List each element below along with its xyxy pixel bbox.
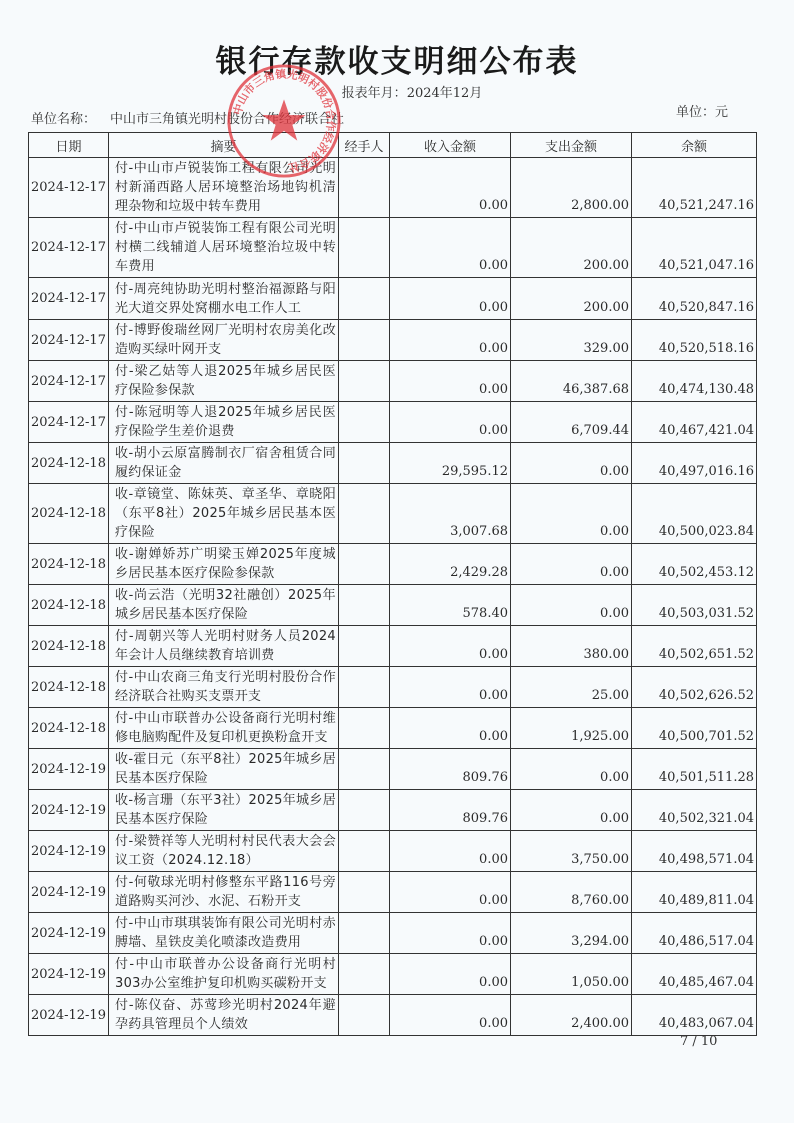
description-cell: 收-胡小云原富腾制衣厂宿舍租赁合同履约保证金 (109, 443, 339, 484)
description-cell: 付-中山市卢锐装饰工程有限公司光明村横二线辅道人居环境整治垃圾中转车费用 (109, 218, 339, 278)
handler-cell (339, 749, 390, 790)
expense-cell: 200.00 (511, 218, 632, 278)
column-header-expense: 支出金额 (511, 133, 632, 158)
balance-cell: 40,500,023.84 (632, 484, 757, 544)
column-header-description: 摘要 (109, 133, 339, 158)
table-row: 2024-12-18付-周朝兴等人光明村财务人员2024年会计人员继续教育培训费… (29, 626, 757, 667)
description-cell: 付-中山市卢锐装饰工程有限公司光明村新涌西路人居环境整治场地钩机清理杂物和垃圾中… (109, 158, 339, 218)
org-label: 单位名称： (31, 112, 96, 127)
handler-cell (339, 790, 390, 831)
handler-cell (339, 544, 390, 585)
expense-cell: 2,800.00 (511, 158, 632, 218)
expense-cell: 329.00 (511, 320, 632, 361)
table-row: 2024-12-17付-中山市卢锐装饰工程有限公司光明村新涌西路人居环境整治场地… (29, 158, 757, 218)
table-row: 2024-12-17付-陈冠明等人退2025年城乡居民医疗保险学生差价退费0.0… (29, 402, 757, 443)
column-header-balance: 余额 (632, 133, 757, 158)
balance-cell: 40,503,031.52 (632, 585, 757, 626)
date-cell: 2024-12-17 (29, 402, 109, 443)
organization: 单位名称：中山市三角镇光明村股份合作经济联合社 (31, 108, 344, 127)
expense-cell: 1,925.00 (511, 708, 632, 749)
balance-cell: 40,483,067.04 (632, 995, 757, 1036)
report-period: 报表年月：2024年12月 (0, 82, 794, 101)
table-row: 2024-12-19收-杨言珊（东平3社）2025年城乡居民基本医疗保险809.… (29, 790, 757, 831)
table-row: 2024-12-19付-何敬球光明村修整东平路116号旁道路购买河沙、水泥、石粉… (29, 872, 757, 913)
balance-cell: 40,520,847.16 (632, 278, 757, 320)
balance-cell: 40,520,518.16 (632, 320, 757, 361)
description-cell: 付-博野俊瑞丝网厂光明村农房美化改造购买绿叶网开支 (109, 320, 339, 361)
income-cell: 0.00 (390, 278, 511, 320)
table-row: 2024-12-19付-中山市琪琪装饰有限公司光明村赤膊墙、星铁皮美化喷漆改造费… (29, 913, 757, 954)
description-cell: 付-中山农商三角支行光明村股份合作经济联合社购买支票开支 (109, 667, 339, 708)
income-cell: 0.00 (390, 708, 511, 749)
date-cell: 2024-12-19 (29, 872, 109, 913)
handler-cell (339, 954, 390, 995)
expense-cell: 8,760.00 (511, 872, 632, 913)
handler-cell (339, 995, 390, 1036)
income-cell: 29,595.12 (390, 443, 511, 484)
description-cell: 收-章镜堂、陈妹英、章圣华、章晓阳（东平8社）2025年城乡居民基本医疗保险 (109, 484, 339, 544)
income-cell: 0.00 (390, 667, 511, 708)
expense-cell: 2,400.00 (511, 995, 632, 1036)
expense-cell: 0.00 (511, 749, 632, 790)
date-cell: 2024-12-18 (29, 484, 109, 544)
org-name: 中山市三角镇光明村股份合作经济联合社 (110, 112, 344, 127)
balance-cell: 40,500,701.52 (632, 708, 757, 749)
balance-cell: 40,502,453.12 (632, 544, 757, 585)
income-cell: 0.00 (390, 995, 511, 1036)
income-cell: 0.00 (390, 320, 511, 361)
column-header-income: 收入金额 (390, 133, 511, 158)
table-row: 2024-12-18收-谢婵娇苏广明梁玉婵2025年度城乡居民基本医疗保险参保款… (29, 544, 757, 585)
date-cell: 2024-12-17 (29, 320, 109, 361)
balance-cell: 40,474,130.48 (632, 361, 757, 402)
description-cell: 付-何敬球光明村修整东平路116号旁道路购买河沙、水泥、石粉开支 (109, 872, 339, 913)
table-row: 2024-12-18收-章镜堂、陈妹英、章圣华、章晓阳（东平8社）2025年城乡… (29, 484, 757, 544)
table-row: 2024-12-17付-周亮纯协助光明村整治福源路与阳光大道交界处窝棚水电工作人… (29, 278, 757, 320)
date-cell: 2024-12-18 (29, 667, 109, 708)
date-cell: 2024-12-17 (29, 218, 109, 278)
balance-cell: 40,521,247.16 (632, 158, 757, 218)
expense-cell: 6,709.44 (511, 402, 632, 443)
description-cell: 付-中山市联普办公设备商行光明村303办公室维护复印机购买碳粉开支 (109, 954, 339, 995)
date-cell: 2024-12-18 (29, 544, 109, 585)
table-row: 2024-12-19付-梁赞祥等人光明村村民代表大会会议工资（2024.12.1… (29, 831, 757, 872)
date-cell: 2024-12-19 (29, 790, 109, 831)
handler-cell (339, 484, 390, 544)
date-cell: 2024-12-17 (29, 361, 109, 402)
income-cell: 0.00 (390, 402, 511, 443)
expense-cell: 200.00 (511, 278, 632, 320)
balance-cell: 40,486,517.04 (632, 913, 757, 954)
date-cell: 2024-12-18 (29, 708, 109, 749)
income-cell: 0.00 (390, 954, 511, 995)
date-cell: 2024-12-17 (29, 278, 109, 320)
income-cell: 0.00 (390, 626, 511, 667)
balance-cell: 40,467,421.04 (632, 402, 757, 443)
handler-cell (339, 667, 390, 708)
handler-cell (339, 278, 390, 320)
expense-cell: 3,294.00 (511, 913, 632, 954)
handler-cell (339, 443, 390, 484)
table-header-row: 日期 摘要 经手人 收入金额 支出金额 余额 (29, 133, 757, 158)
handler-cell (339, 872, 390, 913)
description-cell: 付-梁赞祥等人光明村村民代表大会会议工资（2024.12.18） (109, 831, 339, 872)
income-cell: 578.40 (390, 585, 511, 626)
date-cell: 2024-12-19 (29, 749, 109, 790)
balance-cell: 40,497,016.16 (632, 443, 757, 484)
table-row: 2024-12-18付-中山市联普办公设备商行光明村维修电脑购配件及复印机更换粉… (29, 708, 757, 749)
expense-cell: 3,750.00 (511, 831, 632, 872)
balance-cell: 40,521,047.16 (632, 218, 757, 278)
description-cell: 付-周亮纯协助光明村整治福源路与阳光大道交界处窝棚水电工作人工 (109, 278, 339, 320)
date-cell: 2024-12-19 (29, 995, 109, 1036)
table-row: 2024-12-17付-梁乙姑等人退2025年城乡居民医疗保险参保款0.0046… (29, 361, 757, 402)
balance-cell: 40,502,626.52 (632, 667, 757, 708)
balance-cell: 40,489,811.04 (632, 872, 757, 913)
period-value: 2024年12月 (407, 86, 483, 101)
ledger-table: 日期 摘要 经手人 收入金额 支出金额 余额 2024-12-17付-中山市卢锐… (28, 132, 757, 1036)
balance-cell: 40,501,511.28 (632, 749, 757, 790)
page-title: 银行存款收支明细公布表 (0, 36, 794, 81)
income-cell: 0.00 (390, 218, 511, 278)
description-cell: 收-谢婵娇苏广明梁玉婵2025年度城乡居民基本医疗保险参保款 (109, 544, 339, 585)
page-number: 7 / 10 (680, 1034, 717, 1049)
description-cell: 付-周朝兴等人光明村财务人员2024年会计人员继续教育培训费 (109, 626, 339, 667)
handler-cell (339, 913, 390, 954)
date-cell: 2024-12-19 (29, 831, 109, 872)
description-cell: 付-中山市琪琪装饰有限公司光明村赤膊墙、星铁皮美化喷漆改造费用 (109, 913, 339, 954)
handler-cell (339, 218, 390, 278)
balance-cell: 40,502,651.52 (632, 626, 757, 667)
income-cell: 0.00 (390, 158, 511, 218)
balance-cell: 40,502,321.04 (632, 790, 757, 831)
income-cell: 3,007.68 (390, 484, 511, 544)
description-cell: 收-尚云浩（光明32社融创）2025年城乡居民基本医疗保险 (109, 585, 339, 626)
description-cell: 付-中山市联普办公设备商行光明村维修电脑购配件及复印机更换粉盒开支 (109, 708, 339, 749)
date-cell: 2024-12-19 (29, 913, 109, 954)
description-cell: 收-霍日元（东平8社）2025年城乡居民基本医疗保险 (109, 749, 339, 790)
expense-cell: 0.00 (511, 443, 632, 484)
ledger-body: 2024-12-17付-中山市卢锐装饰工程有限公司光明村新涌西路人居环境整治场地… (29, 158, 757, 1036)
expense-cell: 0.00 (511, 585, 632, 626)
balance-cell: 40,485,467.04 (632, 954, 757, 995)
description-cell: 收-杨言珊（东平3社）2025年城乡居民基本医疗保险 (109, 790, 339, 831)
handler-cell (339, 402, 390, 443)
income-cell: 2,429.28 (390, 544, 511, 585)
income-cell: 0.00 (390, 361, 511, 402)
income-cell: 0.00 (390, 872, 511, 913)
unit-label: 单位：元 (676, 101, 728, 120)
balance-cell: 40,498,571.04 (632, 831, 757, 872)
expense-cell: 25.00 (511, 667, 632, 708)
income-cell: 0.00 (390, 913, 511, 954)
handler-cell (339, 158, 390, 218)
table-row: 2024-12-17付-博野俊瑞丝网厂光明村农房美化改造购买绿叶网开支0.003… (29, 320, 757, 361)
handler-cell (339, 320, 390, 361)
handler-cell (339, 626, 390, 667)
date-cell: 2024-12-19 (29, 954, 109, 995)
handler-cell (339, 708, 390, 749)
handler-cell (339, 585, 390, 626)
date-cell: 2024-12-18 (29, 626, 109, 667)
income-cell: 809.76 (390, 790, 511, 831)
income-cell: 809.76 (390, 749, 511, 790)
table-row: 2024-12-18付-中山农商三角支行光明村股份合作经济联合社购买支票开支0.… (29, 667, 757, 708)
period-label: 报表年月： (342, 86, 407, 101)
description-cell: 付-陈冠明等人退2025年城乡居民医疗保险学生差价退费 (109, 402, 339, 443)
description-cell: 付-梁乙姑等人退2025年城乡居民医疗保险参保款 (109, 361, 339, 402)
date-cell: 2024-12-17 (29, 158, 109, 218)
expense-cell: 0.00 (511, 544, 632, 585)
expense-cell: 0.00 (511, 790, 632, 831)
handler-cell (339, 361, 390, 402)
expense-cell: 1,050.00 (511, 954, 632, 995)
table-row: 2024-12-19付-中山市联普办公设备商行光明村303办公室维护复印机购买碳… (29, 954, 757, 995)
description-cell: 付-陈仪奋、苏莺珍光明村2024年避孕药具管理员个人绩效 (109, 995, 339, 1036)
expense-cell: 0.00 (511, 484, 632, 544)
date-cell: 2024-12-18 (29, 443, 109, 484)
table-row: 2024-12-18收-胡小云原富腾制衣厂宿舍租赁合同履约保证金29,595.1… (29, 443, 757, 484)
column-header-date: 日期 (29, 133, 109, 158)
table-row: 2024-12-19收-霍日元（东平8社）2025年城乡居民基本医疗保险809.… (29, 749, 757, 790)
expense-cell: 46,387.68 (511, 361, 632, 402)
table-row: 2024-12-18收-尚云浩（光明32社融创）2025年城乡居民基本医疗保险5… (29, 585, 757, 626)
expense-cell: 380.00 (511, 626, 632, 667)
handler-cell (339, 831, 390, 872)
date-cell: 2024-12-18 (29, 585, 109, 626)
column-header-handler: 经手人 (339, 133, 390, 158)
table-row: 2024-12-17付-中山市卢锐装饰工程有限公司光明村横二线辅道人居环境整治垃… (29, 218, 757, 278)
income-cell: 0.00 (390, 831, 511, 872)
table-row: 2024-12-19付-陈仪奋、苏莺珍光明村2024年避孕药具管理员个人绩效0.… (29, 995, 757, 1036)
